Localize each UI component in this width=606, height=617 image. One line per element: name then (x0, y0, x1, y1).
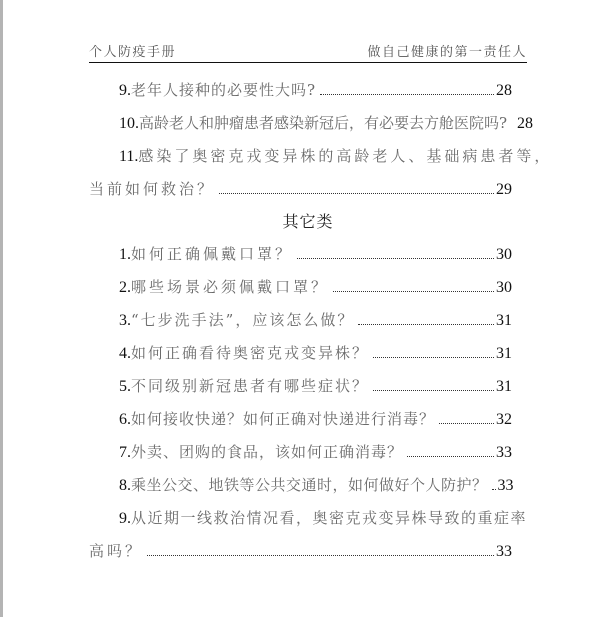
header-left-title: 个人防疫手册 (89, 41, 176, 60)
toc-entry[interactable]: 5. 不同级别新冠患者有哪些症状？ 31 (119, 374, 512, 396)
entry-page-number: 30 (496, 279, 512, 297)
entry-title: 外卖、团购的食品，该如何正确消毒？ (131, 441, 403, 462)
entry-number: 8. (119, 477, 131, 495)
dot-leader (297, 258, 494, 259)
dot-leader (358, 324, 494, 325)
dot-leader (373, 390, 494, 391)
dot-leader (492, 489, 496, 490)
header-right-slogan: 做自己健康的第一责任人 (367, 41, 527, 60)
dot-leader (439, 423, 494, 424)
entry-number: 10. (119, 115, 139, 133)
toc-entry[interactable]: 4. 如何正确看待奥密克戎变异株？ 31 (119, 341, 512, 363)
dot-leader (407, 456, 494, 457)
entry-page-number: 33 (496, 444, 512, 462)
toc-entry-line2[interactable]: 当前如何救治？ 29 (89, 177, 512, 199)
entry-title-line2: 当前如何救治？ (89, 178, 215, 199)
entry-page-number: 31 (496, 345, 512, 363)
entry-page-number: 29 (496, 181, 512, 199)
entry-title: 如何正确佩戴口罩？ (131, 243, 293, 264)
running-header: 个人防疫手册 做自己健康的第一责任人 (89, 44, 527, 63)
entry-page-number: 28 (496, 82, 512, 100)
toc-entry[interactable]: 6. 如何接收快递？如何正确对快递进行消毒？ 32 (119, 407, 512, 429)
entry-title: 高龄老人和肿瘤患者感染新冠后，有必要去方舱医院吗? (139, 112, 507, 133)
entry-page-number: 31 (496, 312, 512, 330)
entry-number: 5. (119, 378, 131, 396)
toc-entry[interactable]: 7. 外卖、团购的食品，该如何正确消毒？ 33 (119, 440, 512, 462)
entry-title-line1: 从近期一线救治情况看，奥密克戎变异株导致的重症率 (131, 507, 527, 528)
entry-title-line1: 感染了奥密克戎变异株的高龄老人、基础病患者等， (138, 145, 552, 166)
entry-page-number: 32 (496, 411, 512, 429)
toc-entry[interactable]: 3. “七步洗手法”，应该怎么做？ 31 (119, 308, 512, 330)
dot-leader (147, 555, 494, 556)
toc-entry-line1[interactable]: 11. 感染了奥密克戎变异株的高龄老人、基础病患者等， (119, 144, 527, 166)
entry-title: 乘坐公交、地铁等公共交通时，如何做好个人防护？ (131, 474, 488, 495)
entry-title: 如何接收快递？如何正确对快递进行消毒？ (131, 408, 435, 429)
entry-page-number: 33 (498, 477, 514, 495)
entry-page-number: 31 (496, 378, 512, 396)
toc-entry-line2[interactable]: 高吗？ 33 (89, 539, 512, 561)
entry-title: 哪些场景必须佩戴口罩？ (131, 276, 329, 297)
toc-entry[interactable]: 9. 老年人接种的必要性大吗? 28 (119, 78, 512, 100)
entry-title: 老年人接种的必要性大吗? (131, 79, 316, 100)
entry-number: 9. (119, 82, 131, 100)
entry-number: 6. (119, 411, 131, 429)
toc-entry[interactable]: 2. 哪些场景必须佩戴口罩？ 30 (119, 275, 512, 297)
dot-leader (373, 357, 494, 358)
entry-page-number: 33 (496, 543, 512, 561)
entry-title-line2: 高吗？ (89, 540, 143, 561)
document-page: 个人防疫手册 做自己健康的第一责任人 9. 老年人接种的必要性大吗? 28 10… (89, 0, 527, 617)
dot-leader (333, 291, 494, 292)
entry-number: 7. (119, 444, 131, 462)
entry-page-number: 30 (496, 246, 512, 264)
entry-number: 3. (119, 312, 131, 330)
entry-page-number: 28 (517, 115, 533, 133)
dot-leader (219, 193, 494, 194)
entry-number: 1. (119, 246, 131, 264)
entry-title: 不同级别新冠患者有哪些症状？ (131, 375, 369, 396)
dot-leader (320, 94, 494, 95)
entry-number: 11. (119, 148, 138, 166)
entry-number: 2. (119, 279, 131, 297)
entry-title: “七步洗手法”，应该怎么做？ (131, 309, 354, 330)
toc-entry[interactable]: 8. 乘坐公交、地铁等公共交通时，如何做好个人防护？ 33 (119, 473, 512, 495)
entry-number: 9. (119, 510, 131, 528)
entry-title: 如何正确看待奥密克戎变异株？ (131, 342, 369, 363)
entry-number: 4. (119, 345, 131, 363)
section-heading: 其它类 (89, 209, 527, 232)
page-left-border (0, 0, 3, 617)
toc-entry-line1[interactable]: 9. 从近期一线救治情况看，奥密克戎变异株导致的重症率 (119, 506, 527, 528)
toc-entry[interactable]: 10. 高龄老人和肿瘤患者感染新冠后，有必要去方舱医院吗? 28 (119, 111, 512, 133)
toc-entry[interactable]: 1. 如何正确佩戴口罩？ 30 (119, 242, 512, 264)
